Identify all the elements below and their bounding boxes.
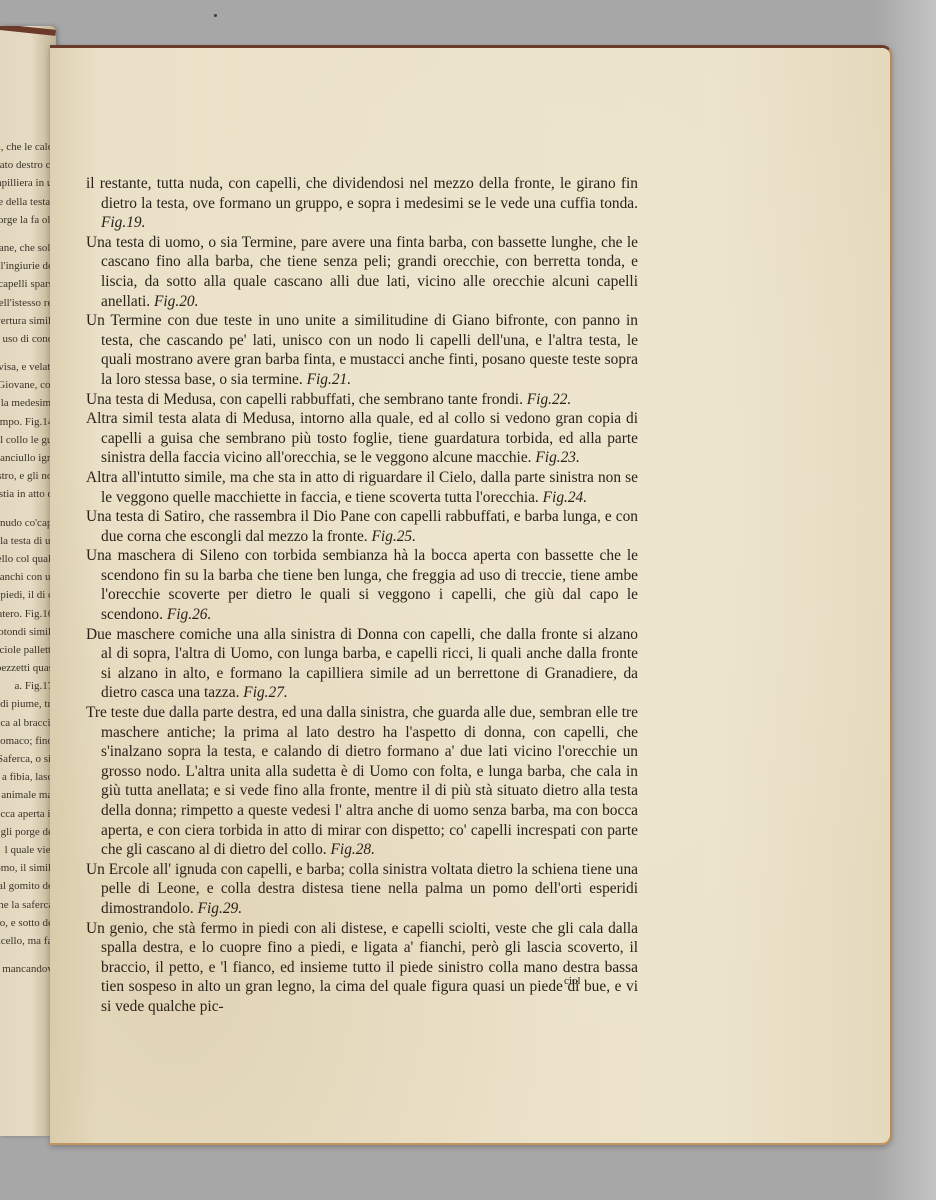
paragraph: Un genio, che stà fermo in piedi con ali… bbox=[86, 919, 638, 1017]
left-line: a capilliera in u- bbox=[0, 174, 56, 192]
left-line: una dell'istesso re- bbox=[0, 294, 56, 312]
left-line: stomaco; finoi bbox=[0, 732, 56, 750]
figure-reference: Fig.28. bbox=[331, 841, 375, 858]
left-line: one della testa i bbox=[0, 193, 56, 211]
left-line: e' piedi, il di ci bbox=[0, 586, 56, 604]
left-gap bbox=[0, 229, 56, 239]
paragraph: Altra all'intutto simile, ma che sta in … bbox=[86, 468, 638, 507]
left-line: ollo, e sotto del bbox=[0, 914, 56, 932]
left-line: un Fanciullo ign- bbox=[0, 449, 56, 467]
figure-reference: Fig.26. bbox=[167, 606, 211, 623]
left-line: rello col quale bbox=[0, 550, 56, 568]
paragraph: Un Termine con due teste in uno unite a … bbox=[86, 311, 638, 389]
left-gap bbox=[0, 504, 56, 514]
left-line: o di piume, tra bbox=[0, 695, 56, 713]
left-line: destro, mancandovi bbox=[0, 960, 56, 978]
left-line: gli porge del bbox=[0, 823, 56, 841]
figure-reference: Fig.21. bbox=[307, 371, 351, 388]
catchword: ciol bbox=[564, 975, 581, 987]
paragraph: Una maschera di Sileno con torbida sembi… bbox=[86, 546, 638, 624]
paragraph: Una testa di Satiro, che rassembra il Di… bbox=[86, 507, 638, 546]
book-page: il restante, tutta nuda, con capelli, ch… bbox=[50, 45, 892, 1145]
left-line: scorge la fa olo bbox=[0, 211, 56, 229]
left-line: , che la saferca, bbox=[0, 896, 56, 914]
figure-reference: Fig.19. bbox=[101, 214, 145, 231]
left-line: ignudo co'cap- bbox=[0, 514, 56, 532]
left-line: d uso di cono. bbox=[0, 330, 56, 348]
left-line: un a fibia, lasc- bbox=[0, 768, 56, 786]
paragraph: Tre teste due dalla parte destra, ed una… bbox=[86, 703, 638, 860]
left-page-text: pra, che le calo, il lato destro cu a ca… bbox=[0, 138, 56, 978]
figure-reference: Fig.27. bbox=[243, 684, 287, 701]
left-line: per l'ingiurie del bbox=[0, 257, 56, 275]
left-page-fragment: pra, che le calo, il lato destro cu a ca… bbox=[0, 26, 56, 1136]
left-line: iovane, che solo bbox=[0, 239, 56, 257]
left-line: uomo, il simile bbox=[0, 859, 56, 877]
left-line: un tacello, ma fa- bbox=[0, 932, 56, 950]
left-gap bbox=[0, 348, 56, 358]
left-line: o, al gomito del bbox=[0, 877, 56, 895]
paragraph: Una testa di uomo, o sia Termine, pare a… bbox=[86, 233, 638, 311]
figure-reference: Fig.20. bbox=[154, 293, 198, 310]
paragraph: Due maschere comiche una alla sinistra d… bbox=[86, 625, 638, 703]
left-line: tempo. Fig.14. bbox=[0, 413, 56, 431]
paragraph: Altra simil testa alata di Medusa, intor… bbox=[86, 409, 638, 468]
left-line: pezzetti quasi bbox=[0, 659, 56, 677]
left-line: pra, che le calo, bbox=[0, 138, 56, 156]
left-line: atero. Fig.16. bbox=[0, 605, 56, 623]
dust-speck bbox=[214, 14, 217, 17]
left-line: il lato destro cu bbox=[0, 156, 56, 174]
left-line: rotondi simile bbox=[0, 623, 56, 641]
left-line: occa al braccio bbox=[0, 714, 56, 732]
paragraph: il restante, tutta nuda, con capelli, ch… bbox=[86, 174, 638, 233]
left-line: divisa, e velato bbox=[0, 358, 56, 376]
left-line: a covertura simile bbox=[0, 312, 56, 330]
figure-reference: Fig.23. bbox=[535, 449, 579, 466]
left-line: o al collo le gu- bbox=[0, 431, 56, 449]
figure-reference: Fig.24. bbox=[543, 489, 587, 506]
page-body-text: il restante, tutta nuda, con capelli, ch… bbox=[86, 174, 638, 1017]
figure-reference: Fig.25. bbox=[372, 528, 416, 545]
left-line: un Giovane, con bbox=[0, 376, 56, 394]
left-line: con la medesima bbox=[0, 394, 56, 412]
left-line: bestia in atto di bbox=[0, 485, 56, 503]
paragraph: Un Ercole all' ignuda con capelli, e bar… bbox=[86, 860, 638, 919]
left-line: o' animale ma- bbox=[0, 786, 56, 804]
figure-reference: Fig.22. bbox=[527, 391, 571, 408]
left-gap bbox=[0, 950, 56, 960]
left-line: di, i capelli sparsi bbox=[0, 275, 56, 293]
left-line: picciole pallette bbox=[0, 641, 56, 659]
left-line: Saferca, o sia bbox=[0, 750, 56, 768]
left-line: l quale vien bbox=[0, 841, 56, 859]
figure-reference: Fig.29. bbox=[198, 900, 242, 917]
left-line: anchi con un bbox=[0, 568, 56, 586]
left-line: a. Fig.17. bbox=[0, 677, 56, 695]
paragraph: Una testa di Medusa, con capelli rabbuff… bbox=[86, 390, 638, 410]
left-line: sinistro, e gli no- bbox=[0, 467, 56, 485]
left-line: occa aperta in bbox=[0, 805, 56, 823]
left-line: la testa di un bbox=[0, 532, 56, 550]
